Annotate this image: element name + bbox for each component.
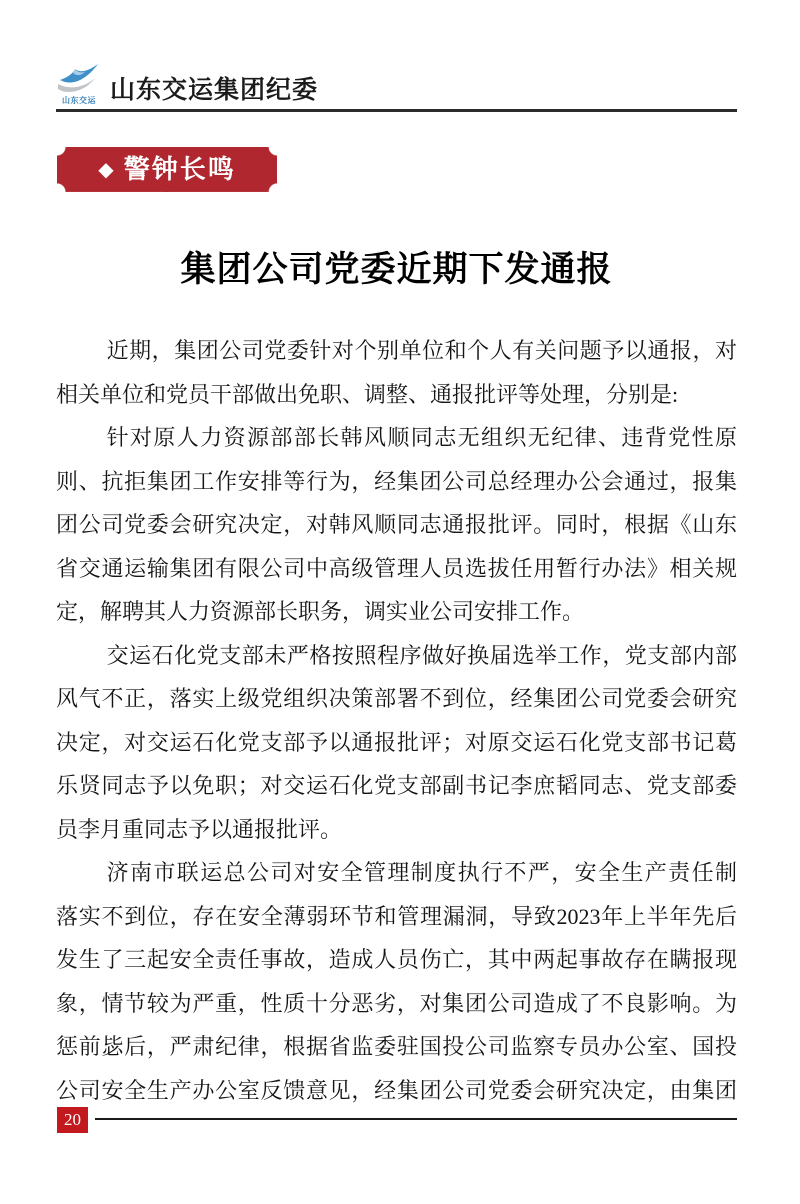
body-line: 定，解聘其人力资源部长职务，调实业公司安排工作。 — [56, 590, 737, 634]
body-line: 惩前毖后，严肃纪律，根据省监委驻国投公司监察专员办公室、国投 — [56, 1025, 737, 1069]
body-line: 发生了三起安全责任事故，造成人员伤亡，其中两起事故存在瞒报现 — [56, 938, 737, 982]
body-line: 针对原人力资源部部长韩风顺同志无组织无纪律、违背党性原 — [56, 416, 737, 460]
body-line: 落实不到位，存在安全薄弱环节和管理漏洞，导致2023年上半年先后 — [56, 895, 737, 939]
company-logo: 山东交运 — [54, 62, 104, 108]
body-line: 省交通运输集团有限公司中高级管理人员选拔任用暂行办法》相关规 — [56, 547, 737, 591]
body-line: 济南市联运总公司对安全管理制度执行不严，安全生产责任制 — [56, 851, 737, 895]
body-line: 员李月重同志予以通报批评。 — [56, 808, 737, 852]
body-line: 团公司党委会研究决定，对韩风顺同志通报批评。同时，根据《山东 — [56, 503, 737, 547]
bird-logo-icon — [54, 62, 104, 94]
header-divider — [56, 109, 737, 112]
page-number: 20 — [64, 1110, 81, 1130]
body-line: 决定，对交运石化党支部予以通报批评；对原交运石化党支部书记葛 — [56, 721, 737, 765]
body-line: 乐贤同志予以免职；对交运石化党支部副书记李庶韬同志、党支部委 — [56, 764, 737, 808]
body-line: 相关单位和党员干部做出免职、调整、通报批评等处理，分别是: — [56, 373, 737, 417]
section-badge: ◆ 警钟长鸣 — [57, 147, 277, 192]
page-header-title: 山东交运集团纪委 — [110, 70, 318, 106]
diamond-icon: ◆ — [98, 160, 115, 180]
footer-divider — [95, 1118, 737, 1120]
document-page: 山东交运 山东交运集团纪委 ◆ 警钟长鸣 集团公司党委近期下发通报 近期，集团公… — [0, 0, 800, 1204]
body-line: 则、抗拒集团工作安排等行为，经集团公司总经理办公会通过，报集 — [56, 460, 737, 504]
logo-caption: 山东交运 — [54, 95, 104, 106]
body-line: 公司安全生产办公室反馈意见，经集团公司党委会研究决定，由集团 — [56, 1069, 737, 1113]
body-line: 交运石化党支部未严格按照程序做好换届选举工作，党支部内部 — [56, 634, 737, 678]
body-line: 象，情节较为严重，性质十分恶劣，对集团公司造成了不良影响。为 — [56, 982, 737, 1026]
article-title: 集团公司党委近期下发通报 — [56, 242, 737, 292]
article-body: 近期，集团公司党委针对个别单位和个人有关问题予以通报，对相关单位和党员干部做出免… — [56, 329, 737, 1112]
body-line: 近期，集团公司党委针对个别单位和个人有关问题予以通报，对 — [56, 329, 737, 373]
section-badge-label: 警钟长鸣 — [124, 157, 236, 183]
page-number-box: 20 — [57, 1107, 88, 1133]
body-line: 风气不正，落实上级党组织决策部署不到位，经集团公司党委会研究 — [56, 677, 737, 721]
